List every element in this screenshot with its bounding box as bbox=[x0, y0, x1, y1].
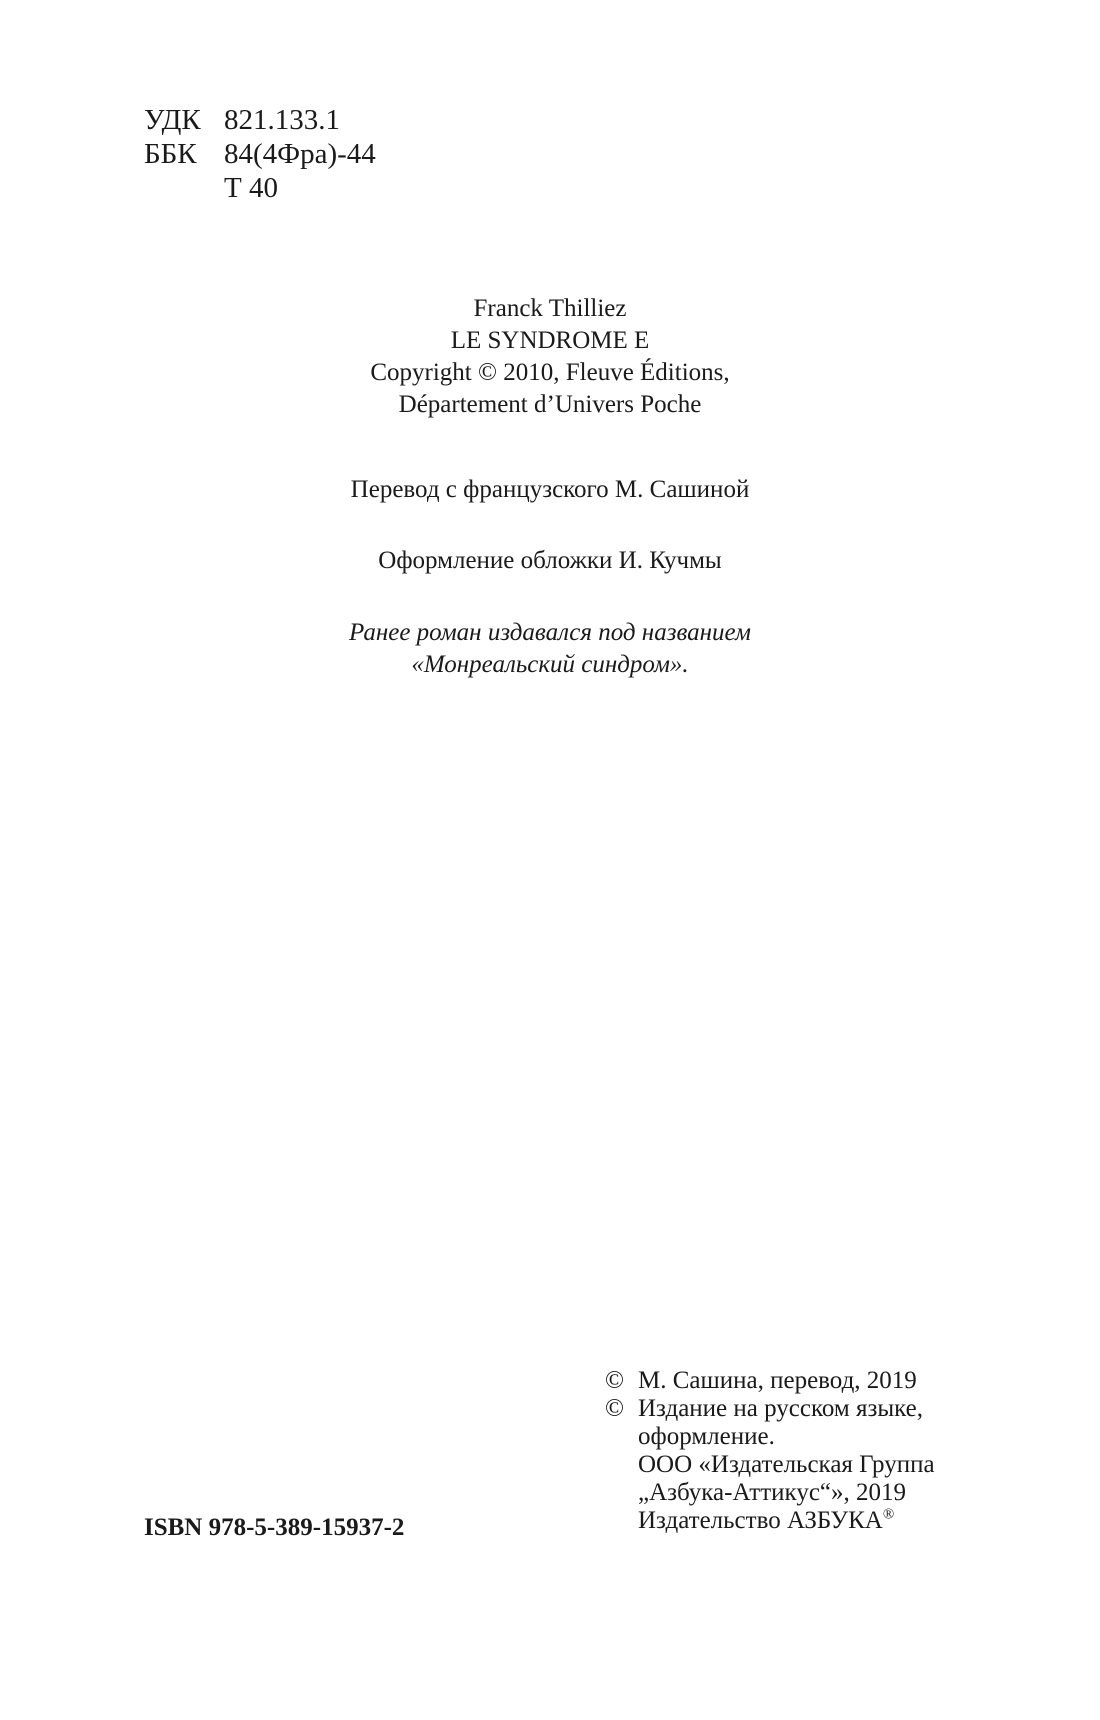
publisher-name: Издательство АЗБУКА® bbox=[638, 1507, 894, 1535]
copyright-line: ООО «Издательская Группа bbox=[605, 1451, 935, 1479]
bbk-code: ББК bbox=[144, 137, 224, 171]
copyright-text: „Азбука-Аттикус“», 2019 bbox=[638, 1479, 906, 1507]
copyright-symbol bbox=[605, 1423, 638, 1451]
copyright-text: М. Сашина, перевод, 2019 bbox=[638, 1367, 917, 1395]
udk-code: УДК bbox=[144, 103, 224, 137]
bbk-row: ББК 84(4Фра)-44 bbox=[144, 137, 376, 171]
original-author: Franck Thilliez bbox=[0, 293, 1100, 325]
udk-row: УДК 821.133.1 bbox=[144, 103, 376, 137]
classification-block: УДК 821.133.1 ББК 84(4Фра)-44 Т 40 bbox=[144, 103, 376, 205]
copyright-text: оформление. bbox=[638, 1423, 775, 1451]
original-edition-block: Franck Thilliez LE SYNDROME E Copyright … bbox=[0, 293, 1100, 421]
copyright-symbol bbox=[605, 1479, 638, 1507]
previous-title-line-1: Ранее роман издавался под названием bbox=[0, 617, 1100, 649]
previous-title-note: Ранее роман издавался под названием «Мон… bbox=[0, 617, 1100, 681]
copyright-text: Издание на русском языке, bbox=[638, 1395, 923, 1423]
copyright-line: оформление. bbox=[605, 1423, 935, 1451]
original-department: Département d’Univers Poche bbox=[0, 389, 1100, 421]
bbk-value: 84(4Фра)-44 bbox=[224, 137, 376, 171]
publisher-name-text: Издательство АЗБУКА bbox=[638, 1507, 883, 1534]
copyright-symbol bbox=[605, 1451, 638, 1479]
udk-value: 821.133.1 bbox=[224, 103, 340, 137]
original-title: LE SYNDROME E bbox=[0, 325, 1100, 357]
original-copyright: Copyright © 2010, Fleuve Éditions, bbox=[0, 357, 1100, 389]
copyright-text: ООО «Издательская Группа bbox=[638, 1451, 935, 1479]
translator-credit: Перевод с французского М. Сашиной bbox=[0, 474, 1100, 506]
cover-credit: Оформление обложки И. Кучмы bbox=[0, 545, 1100, 577]
previous-title-line-2: «Монреальский синдром». bbox=[0, 649, 1100, 681]
copyright-symbol: © bbox=[605, 1367, 638, 1395]
copyright-block: © М. Сашина, перевод, 2019 © Издание на … bbox=[605, 1367, 935, 1535]
isbn: ISBN 978-5-389-15937-2 bbox=[144, 1514, 404, 1542]
copyright-symbol: © bbox=[605, 1395, 638, 1423]
copyright-line: © М. Сашина, перевод, 2019 bbox=[605, 1367, 935, 1395]
copyright-line: Издательство АЗБУКА® bbox=[605, 1507, 935, 1535]
copyright-symbol bbox=[605, 1507, 638, 1535]
copyright-line: „Азбука-Аттикус“», 2019 bbox=[605, 1479, 935, 1507]
copyright-line: © Издание на русском языке, bbox=[605, 1395, 935, 1423]
registered-trademark-icon: ® bbox=[883, 1507, 894, 1523]
author-mark: Т 40 bbox=[144, 171, 376, 205]
